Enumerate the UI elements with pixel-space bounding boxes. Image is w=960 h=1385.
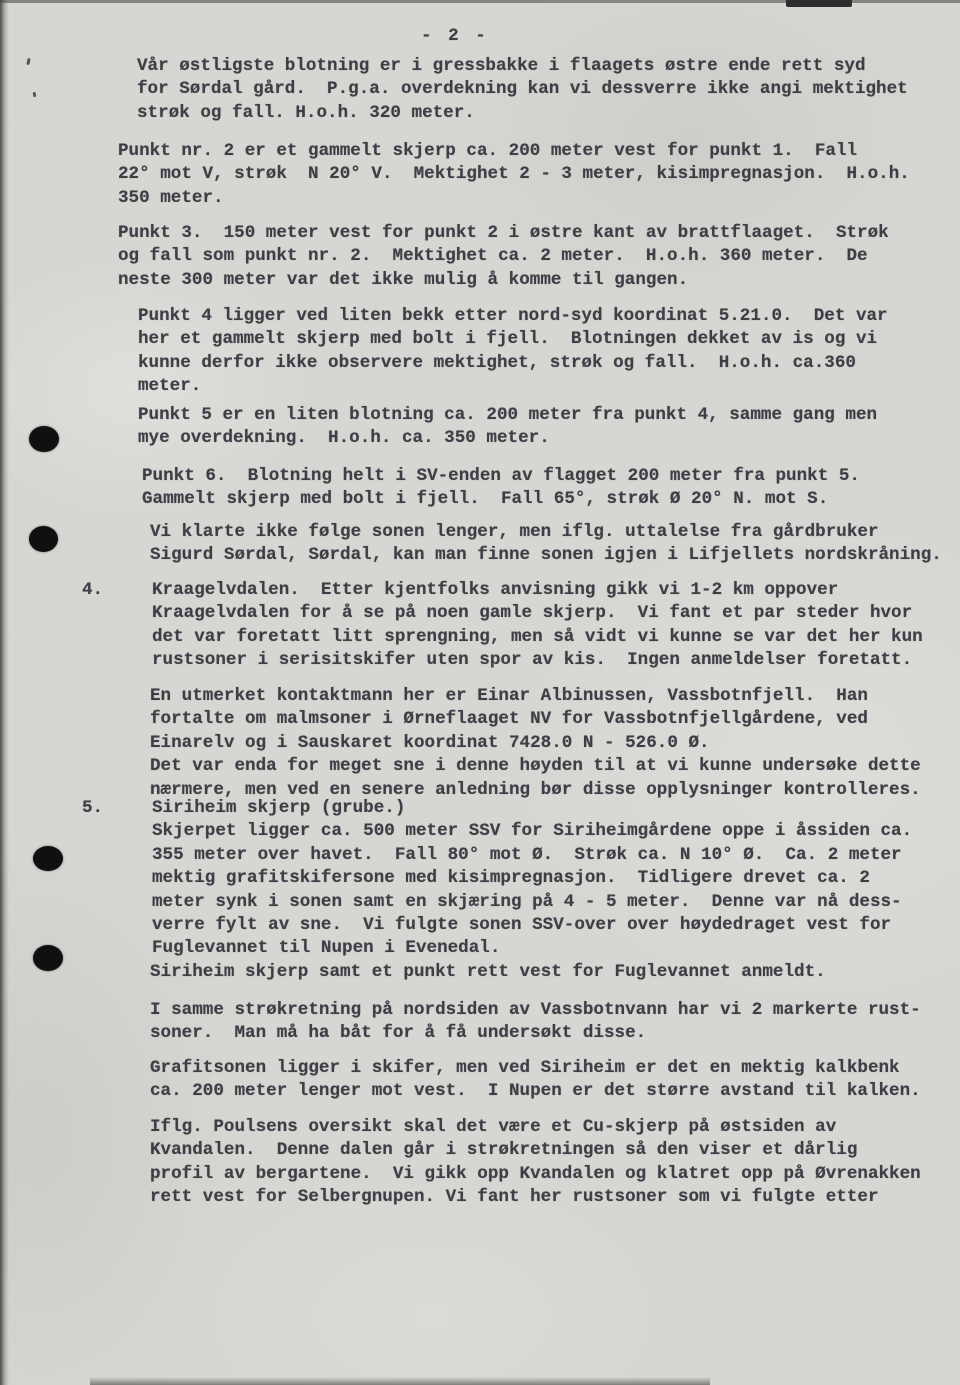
paragraph-kontaktmann: En utmerket kontaktmann her er Einar Alb… <box>150 685 921 802</box>
scan-edge-bottom <box>90 1377 710 1385</box>
scan-edge-left <box>0 0 9 1385</box>
paragraph-intro-continuation: Vår østligste blotning er i gressbakke i… <box>137 55 908 125</box>
punch-hole <box>33 945 63 971</box>
document-page: - 2 - Vår østligste blotning er i gressb… <box>0 0 960 1385</box>
paragraph-punkt-5: Punkt 5 er en liten blotning ca. 200 met… <box>138 404 877 451</box>
section-4-kraagelvdalen: Kraagelvdalen. Etter kjentfolks anvisnin… <box>152 579 923 673</box>
paragraph-punkt-3: Punkt 3. 150 meter vest for punkt 2 i øs… <box>118 222 889 292</box>
paragraph-punkt-2: Punkt nr. 2 er et gammelt skjerp ca. 200… <box>118 140 910 210</box>
punch-hole <box>29 426 59 452</box>
punch-hole <box>29 526 58 552</box>
section-4-number: 4. <box>82 579 103 602</box>
page-number: - 2 - <box>421 25 489 48</box>
paragraph-rustsoner-vassbotnvann: I samme strøkretning på nordsiden av Vas… <box>150 999 921 1046</box>
punch-hole <box>33 846 63 871</box>
ink-speck <box>33 92 37 97</box>
paragraph-siriheim-anmeldt: Siriheim skjerp samt et punkt rett vest … <box>150 961 826 984</box>
ink-speck <box>26 58 30 65</box>
paragraph-punkt-6: Punkt 6. Blotning helt i SV-enden av fla… <box>142 465 860 512</box>
paragraph-sonen-videre: Vi klarte ikke følge sonen lenger, men i… <box>150 521 942 568</box>
paragraph-grafitsonen: Grafitsonen ligger i skifer, men ved Sir… <box>150 1057 921 1104</box>
section-5-siriheim: Siriheim skjerp (grube.) Skjerpet ligger… <box>152 797 912 961</box>
section-5-number: 5. <box>82 797 103 820</box>
paragraph-kvandalen: Iflg. Poulsens oversikt skal det være et… <box>150 1116 921 1210</box>
scan-edge-tab <box>786 0 852 7</box>
paragraph-punkt-4: Punkt 4 ligger ved liten bekk etter nord… <box>138 305 888 399</box>
